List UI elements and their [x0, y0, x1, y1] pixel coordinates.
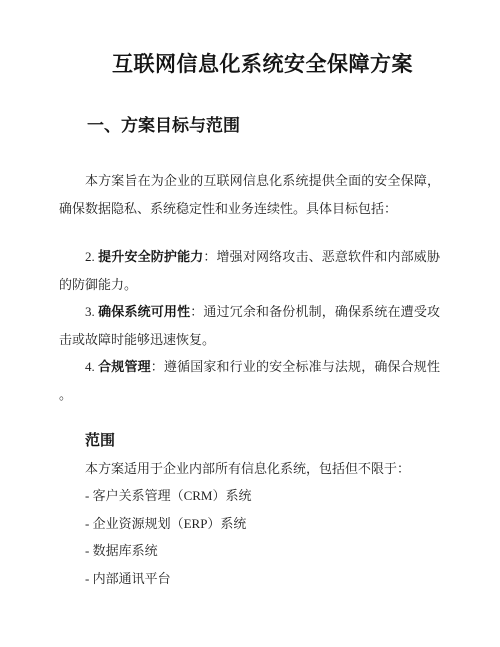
- objective-item: 2. 提升安全防护能力：增强对网络攻击、恶意软件和内部威胁的防御能力。: [59, 243, 440, 298]
- document-title: 互联网信息化系统安全保障方案: [59, 52, 440, 78]
- list-item: - 企业资源规划（ERP）系统: [59, 510, 440, 538]
- objective-item: 4. 合规管理：遵循国家和行业的安全标准与法规，确保合规性。: [59, 353, 440, 408]
- objective-separator: ：: [151, 359, 164, 374]
- objectives-list: 2. 提升安全防护能力：增强对网络攻击、恶意软件和内部威胁的防御能力。 3. 确…: [59, 243, 440, 408]
- scope-heading: 范围: [59, 427, 440, 455]
- objective-separator: ：: [203, 249, 216, 264]
- objective-term: 合规管理: [98, 359, 151, 374]
- objective-number: 2.: [85, 249, 98, 264]
- objective-item: 3. 确保系统可用性：通过冗余和备份机制，确保系统在遭受攻击或故障时能够迅速恢复…: [59, 298, 440, 353]
- list-item: - 客户关系管理（CRM）系统: [59, 482, 440, 510]
- list-item: - 内部通讯平台: [59, 565, 440, 593]
- objective-term: 提升安全防护能力: [98, 249, 203, 264]
- objective-separator: ：: [190, 304, 203, 319]
- scope-intro: 本方案适用于企业内部所有信息化系统，包括但不限于：: [59, 455, 440, 483]
- objective-term: 确保系统可用性: [98, 304, 190, 319]
- section-heading: 一、方案目标与范围: [59, 114, 440, 138]
- list-item: - 数据库系统: [59, 537, 440, 565]
- objective-number: 3.: [85, 304, 98, 319]
- objective-number: 4.: [85, 359, 98, 374]
- document-page: 互联网信息化系统安全保障方案 一、方案目标与范围 本方案旨在为企业的互联网信息化…: [0, 0, 500, 647]
- intro-paragraph: 本方案旨在为企业的互联网信息化系统提供全面的安全保障，确保数据隐私、系统稳定性和…: [59, 167, 440, 222]
- scope-list: - 客户关系管理（CRM）系统 - 企业资源规划（ERP）系统 - 数据库系统 …: [59, 482, 440, 592]
